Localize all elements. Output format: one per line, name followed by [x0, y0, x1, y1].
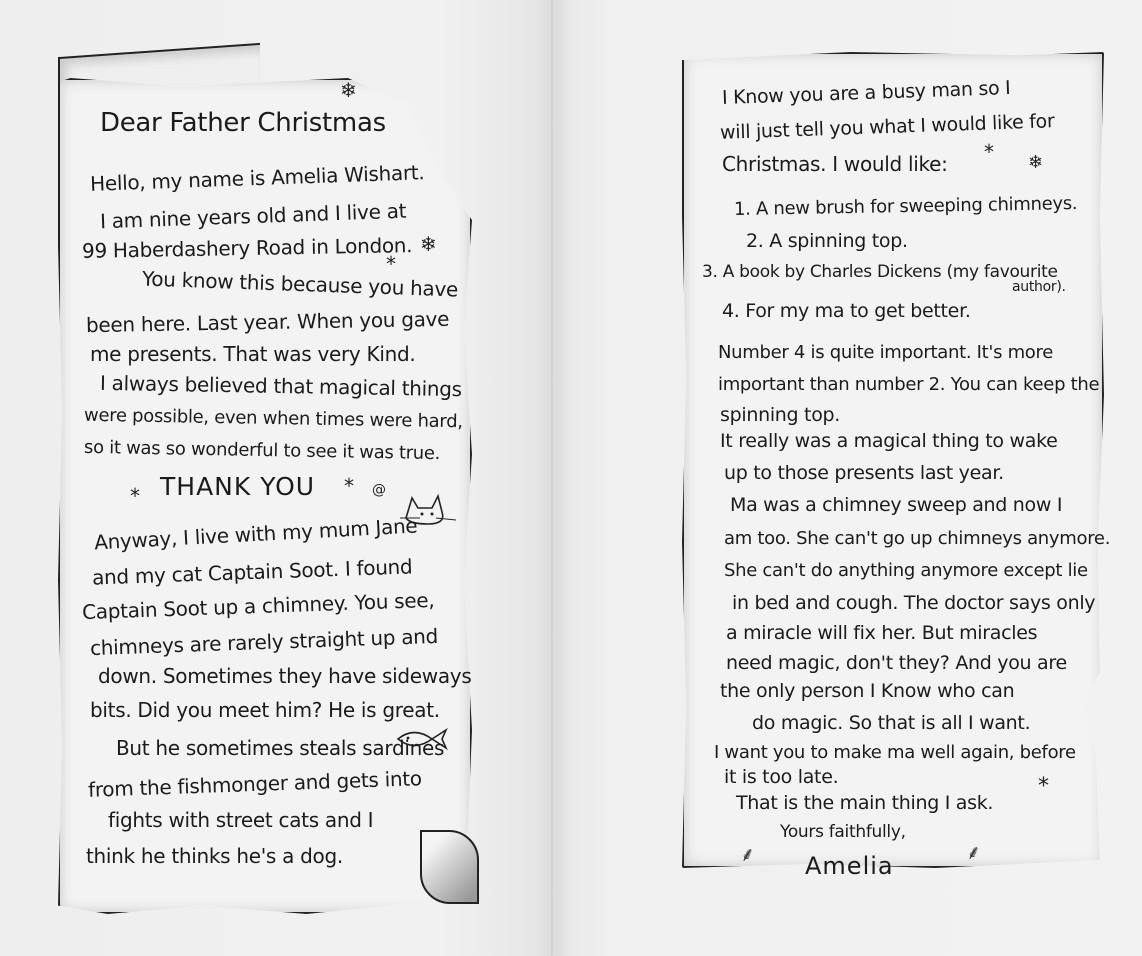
thank-you-heading: THANK YOU — [160, 472, 315, 501]
fish-doodle-icon — [394, 726, 448, 752]
letter-line: She can't do anything anymore except lie — [724, 560, 1088, 581]
scroll-curl-bottom — [420, 830, 479, 904]
letter-line: fights with street cats and I — [108, 808, 373, 832]
letter-line: am too. She can't go up chimneys anymore… — [724, 528, 1110, 549]
wishlist-item: 4. For my ma to get better. — [722, 300, 971, 322]
letter-line: down. Sometimes they have sideways — [98, 664, 471, 688]
letter-line: a miracle will fix her. But miracles — [726, 622, 1037, 644]
star-icon: * — [130, 484, 140, 508]
star-icon: * — [344, 474, 354, 498]
letter-line: the only person I Know who can — [720, 680, 1014, 702]
letter-line: up to those presents last year. — [724, 462, 1004, 484]
letter-line: it is too late. — [724, 766, 838, 788]
book-gutter — [549, 0, 555, 956]
star-icon: * — [1038, 774, 1049, 799]
letter-line: need magic, don't they? And you are — [726, 652, 1067, 674]
letter-salutation: Dear Father Christmas — [100, 108, 386, 138]
star-icon: * — [984, 140, 994, 164]
letter-line: bits. Did you meet him? He is great. — [90, 698, 440, 722]
sprig-icon: ⸙ — [966, 838, 981, 865]
letter-line: spinning top. — [720, 404, 840, 426]
snowflake-icon: ❄ — [340, 78, 357, 102]
letter-line: me presents. That was very Kind. — [90, 342, 415, 366]
letter-line: Ma was a chimney sweep and now I — [730, 494, 1062, 516]
wishlist-item: 3. A book by Charles Dickens (my favouri… — [702, 262, 1058, 282]
letter-line: That is the main thing I ask. — [736, 792, 993, 814]
swirl-icon: @ — [372, 482, 386, 498]
wishlist-item: 2. A spinning top. — [746, 230, 908, 252]
letter-line: It really was a magical thing to wake — [720, 430, 1058, 452]
letter-line: Number 4 is quite important. It's more — [718, 342, 1053, 363]
snowflake-icon: ❄ — [1028, 152, 1043, 173]
letter-line: in bed and cough. The doctor says only — [732, 592, 1095, 614]
wishlist-note: author). — [1012, 280, 1066, 294]
letter-line: important than number 2. You can keep th… — [718, 374, 1099, 395]
letter-signature: Amelia — [805, 852, 894, 880]
letter-line: think he thinks he's a dog. — [86, 844, 343, 868]
letter-line: I want you to make ma well again, before — [714, 742, 1076, 763]
snowflake-icon: ❄ — [420, 232, 437, 256]
letter-line: Christmas. I would like: — [722, 152, 948, 176]
letter-closing: Yours faithfully, — [780, 822, 906, 842]
letter-line: do magic. So that is all I want. — [752, 712, 1030, 734]
sprig-icon: ⸙ — [740, 840, 755, 867]
